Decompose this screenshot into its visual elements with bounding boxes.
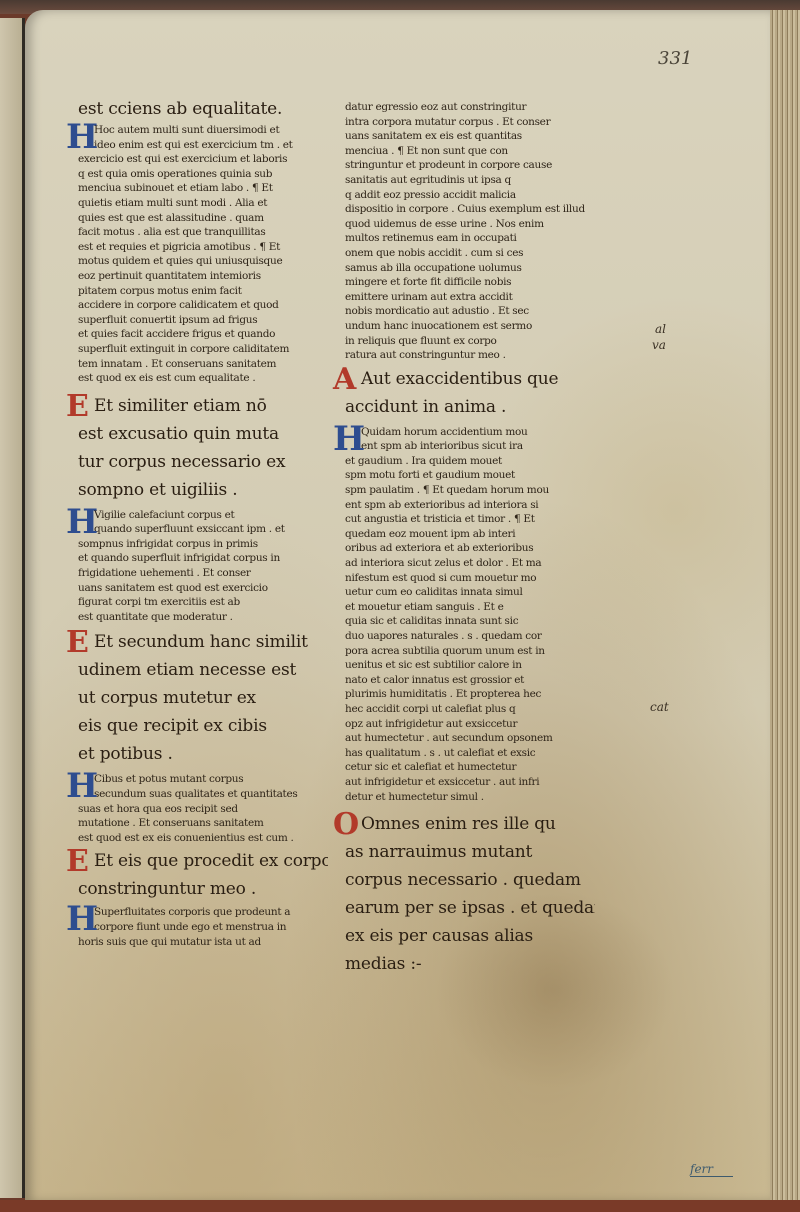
marginal-note: va: [652, 338, 666, 352]
text-line: horis suis que qui mutatur ista ut ad: [78, 935, 328, 950]
text-line: cut angustia et tristicia et timor . ¶ E…: [345, 512, 595, 527]
text-line: et gaudium . Ira quidem mouet: [345, 454, 595, 469]
text-line: superfluit conuertit ipsum ad frigus: [78, 313, 328, 328]
paragraph: H Cibus et potus mutant corpus secundum …: [78, 772, 328, 845]
text-line: est quantitate que moderatur .: [78, 610, 328, 625]
text-line: est et requies et pigricia amotibus . ¶ …: [78, 240, 328, 255]
text-line: constringuntur meo .: [78, 875, 328, 903]
text-line: menciua . ¶ Et non sunt que con: [345, 144, 595, 159]
text-line: eoz pertinuit quantitatem intemioris: [78, 269, 328, 284]
text-line: multos retinemus eam in occupati: [345, 231, 595, 246]
facing-page-edge: [0, 18, 25, 1198]
text-line: ratura aut constringuntur meo .: [345, 348, 595, 363]
text-line: suas et hora qua eos recipit sed: [78, 802, 328, 817]
text-line: earum per se ipsas . et quedam: [345, 894, 595, 922]
text-line: onem que nobis accidit . cum si ces: [345, 246, 595, 261]
text-line: spm paulatim . ¶ Et quedam horum mou: [345, 483, 595, 498]
initial-letter: E: [66, 625, 89, 660]
text-line: accidere in corpore calidicatem et quod: [78, 298, 328, 313]
text-line: uans sanitatem ex eis est quantitas: [345, 129, 595, 144]
text-line: quies est que est alassitudine . quam: [78, 211, 328, 226]
paragraph: H Superfluitates corporis que prodeunt a…: [78, 905, 328, 949]
text-line: est quod ex eis est cum equalitate .: [78, 371, 328, 386]
text-line: tem innatam . Et conseruans sanitatem: [78, 357, 328, 372]
heading-paragraph: O Omnes enim res ille qu as narrauimus m…: [345, 810, 595, 978]
text-line: pora acrea subtilia quorum unum est in: [345, 644, 595, 659]
text-line: accidunt in anima .: [345, 393, 595, 421]
text-line: emittere urinam aut extra accidit: [345, 290, 595, 305]
text-line: Cibus et potus mutant corpus: [78, 772, 328, 787]
marginal-note: cat: [650, 700, 669, 714]
initial-letter: H: [66, 117, 98, 157]
marginal-note: al: [655, 322, 666, 336]
text-line: quedam eoz mouent ipm ab interi: [345, 527, 595, 542]
heading-paragraph: E Et secundum hanc similit udinem etiam …: [78, 628, 328, 768]
text-line: intra corpora mutatur corpus . Et conser: [345, 115, 595, 130]
text-line: ideo enim est qui est exercicium tm . et: [78, 138, 328, 153]
text-line: q est quia omis operationes quinia sub: [78, 167, 328, 182]
initial-letter: H: [66, 766, 98, 806]
text-line: uetur cum eo caliditas innata simul: [345, 585, 595, 600]
text-line: stringuntur et prodeunt in corpore cause: [345, 158, 595, 173]
heading-paragraph: E Et similiter etiam nō est excusatio qu…: [78, 392, 328, 504]
text-line: quietis etiam multi sunt modi . Alia et: [78, 196, 328, 211]
text-line: et mouetur etiam sanguis . Et e: [345, 600, 595, 615]
text-line: nobis mordicatio aut adustio . Et sec: [345, 304, 595, 319]
text-line: medias :-: [345, 950, 595, 978]
text-line: opz aut infrigidetur aut exsiccetur: [345, 717, 595, 732]
initial-letter: H: [66, 502, 98, 542]
text-line: uans sanitatem est quod est exercicio: [78, 581, 328, 596]
text-line: est cciens ab equalitate.: [78, 95, 328, 123]
paragraph: H Vigilie calefaciunt corpus et quando s…: [78, 508, 328, 625]
text-line: udinem etiam necesse est: [78, 656, 328, 684]
text-line: et quando superfluit infrigidat corpus i…: [78, 551, 328, 566]
left-column: est cciens ab equalitate. H Hoc autem mu…: [78, 95, 328, 949]
text-line: sompnus infrigidat corpus in primis: [78, 537, 328, 552]
text-line: spm motu forti et gaudium mouet: [345, 468, 595, 483]
book-binding-bottom: [0, 1200, 800, 1212]
text-line: menciua subinouet et etiam labo . ¶ Et: [78, 181, 328, 196]
text-line: plurimis humiditatis . Et propterea hec: [345, 687, 595, 702]
text-line: detur et humectetur simul .: [345, 790, 595, 805]
paragraph: datur egressio eoz aut constringitur int…: [345, 100, 595, 363]
text-line: Et secundum hanc similit: [78, 628, 328, 656]
text-line: figurat corpi tm exercitiis est ab: [78, 595, 328, 610]
text-line: aut infrigidetur et exsiccetur . aut inf…: [345, 775, 595, 790]
text-line: nato et calor innatus est grossior et: [345, 673, 595, 688]
text-line: Et similiter etiam nō: [78, 392, 328, 420]
text-line: et potibus .: [78, 740, 328, 768]
text-line: tur corpus necessario ex: [78, 448, 328, 476]
paragraph: H Quidam horum accidentium mou ent spm a…: [345, 425, 595, 804]
text-line: duo uapores naturales . s . quedam cor: [345, 629, 595, 644]
text-line: aut humectetur . aut secundum opsonem: [345, 731, 595, 746]
initial-letter: H: [66, 899, 98, 939]
text-line: nifestum est quod si cum mouetur mo: [345, 571, 595, 586]
text-line: facit motus . alia est que tranquillitas: [78, 225, 328, 240]
heading-paragraph: E Et eis que procedit ex corpo constring…: [78, 847, 328, 903]
text-line: pitatem corpus motus enim facit: [78, 284, 328, 299]
page-fore-edge: [770, 10, 800, 1202]
text-line: dispositio in corpore . Cuius exemplum e…: [345, 202, 595, 217]
text-line: q addit eoz pressio accidit malicia: [345, 188, 595, 203]
folio-number: 331: [658, 48, 692, 69]
text-line: Aut exaccidentibus que: [345, 365, 595, 393]
text-line: quando superfluunt exsiccant ipm . et: [78, 522, 328, 537]
initial-letter: E: [66, 389, 89, 424]
text-line: mingere et forte fit difficile nobis: [345, 275, 595, 290]
text-line: sanitatis aut egritudinis ut ipsa q: [345, 173, 595, 188]
initial-letter: A: [333, 362, 356, 397]
text-line: secundum suas qualitates et quantitates: [78, 787, 328, 802]
text-line: Quidam horum accidentium mou: [345, 425, 595, 440]
text-line: samus ab illa occupatione uolumus: [345, 261, 595, 276]
text-line: in reliquis que fluunt ex corpo: [345, 334, 595, 349]
text-line: exercicio est qui est exercicium et labo…: [78, 152, 328, 167]
text-line: est excusatio quin muta: [78, 420, 328, 448]
text-line: eis que recipit ex cibis: [78, 712, 328, 740]
text-line: motus quidem et quies qui uniusquisque: [78, 254, 328, 269]
text-line: corpus necessario . quedam: [345, 866, 595, 894]
text-line: uenitus et sic est subtilior calore in: [345, 658, 595, 673]
text-line: frigidatione uehementi . Et conser: [78, 566, 328, 581]
paragraph: H Hoc autem multi sunt diuersimodi et id…: [78, 123, 328, 386]
initial-letter: O: [333, 807, 359, 842]
text-line: ent spm ab interioribus sicut ira: [345, 439, 595, 454]
text-line: has qualitatum . s . ut calefiat et exsi…: [345, 746, 595, 761]
text-line: corpore fiunt unde ego et menstrua in: [78, 920, 328, 935]
text-line: sompno et uigiliis .: [78, 476, 328, 504]
text-line: Hoc autem multi sunt diuersimodi et: [78, 123, 328, 138]
right-column: datur egressio eoz aut constringitur int…: [345, 100, 595, 978]
text-line: ex eis per causas alias: [345, 922, 595, 950]
text-line: hec accidit corpi ut calefiat plus q: [345, 702, 595, 717]
text-line: quod uidemus de esse urine . Nos enim: [345, 217, 595, 232]
text-line: ut corpus mutetur ex: [78, 684, 328, 712]
text-line: superfluit extinguit in corpore calidita…: [78, 342, 328, 357]
signature: ferr: [690, 1162, 733, 1177]
text-line: Superfluitates corporis que prodeunt a: [78, 905, 328, 920]
text-line: ent spm ab exterioribus ad interiora si: [345, 498, 595, 513]
initial-letter: H: [333, 419, 365, 459]
text-line: datur egressio eoz aut constringitur: [345, 100, 595, 115]
text-line: oribus ad exteriora et ab exterioribus: [345, 541, 595, 556]
text-line: quia sic et caliditas innata sunt sic: [345, 614, 595, 629]
text-line: ad interiora sicut zelus et dolor . Et m…: [345, 556, 595, 571]
text-line: cetur sic et calefiat et humectetur: [345, 760, 595, 775]
text-line: et quies facit accidere frigus et quando: [78, 327, 328, 342]
text-line: undum hanc inuocationem est sermo: [345, 319, 595, 334]
text-line: mutatione . Et conseruans sanitatem: [78, 816, 328, 831]
text-line: Vigilie calefaciunt corpus et: [78, 508, 328, 523]
text-line: Omnes enim res ille qu: [345, 810, 595, 838]
text-line: est quod est ex eis conuenientius est cu…: [78, 831, 328, 846]
heading-paragraph: A Aut exaccidentibus que accidunt in ani…: [345, 365, 595, 421]
initial-letter: E: [66, 844, 89, 879]
text-line: as narrauimus mutant: [345, 838, 595, 866]
text-line: Et eis que procedit ex corpo: [78, 847, 328, 875]
